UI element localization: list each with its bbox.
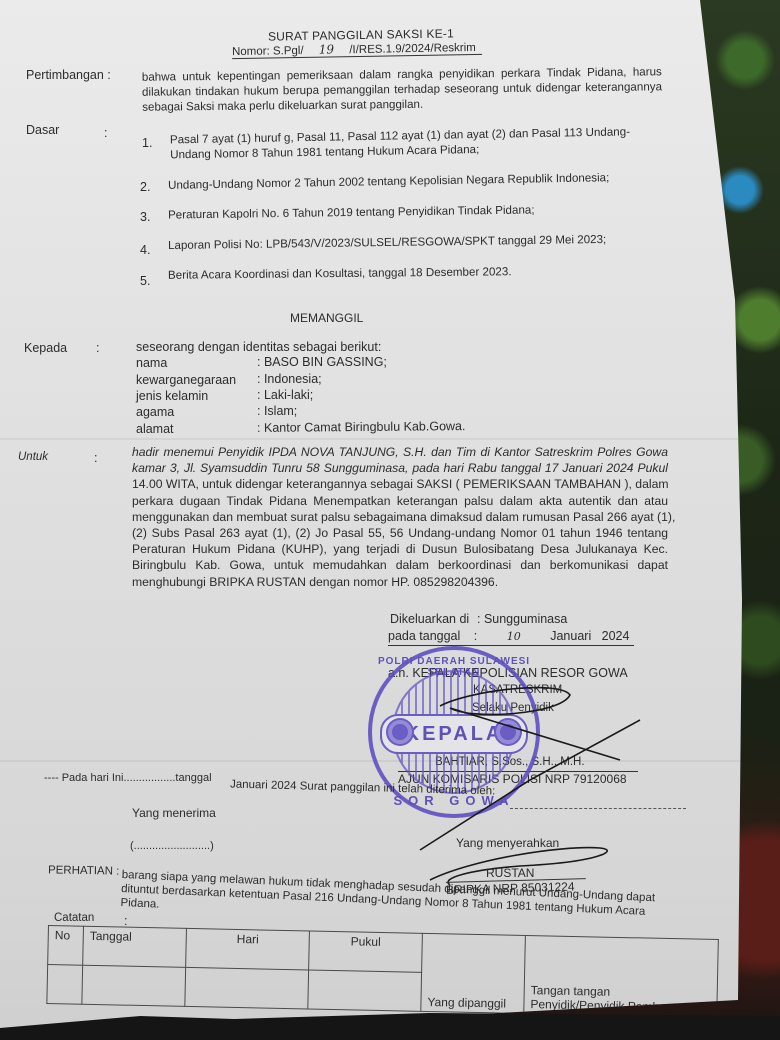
cell-tanggal <box>82 965 186 1006</box>
summons-letter: SURAT PANGGILAN SAKSI KE-1 Nomor: S.Pgl/… <box>0 0 780 1040</box>
cell-pukul <box>308 970 422 1011</box>
receiver-blank: (.........................) <box>130 840 214 852</box>
receiver-label: Yang menerima <box>132 806 216 820</box>
col-hari: Hari <box>186 928 310 970</box>
catatan-table: No Tanggal Hari Pukul Yang dipanggil Tan… <box>46 925 719 1018</box>
col-pukul: Pukul <box>309 931 423 972</box>
giver-name: RUSTAN <box>486 866 534 880</box>
catatan-label: Catatan <box>54 912 94 924</box>
receipt-signature-line <box>510 808 686 809</box>
cell-no <box>47 965 83 1005</box>
col-tanggal: Tanggal <box>83 926 187 967</box>
penyidik-signature-icon <box>420 688 640 850</box>
col-yang-dipanggil: Yang dipanggil <box>421 933 526 1013</box>
giver-label: Yang menyerahkan <box>456 836 559 850</box>
perhatian-label: PERHATIAN : <box>48 864 120 877</box>
col-no: No <box>48 926 84 966</box>
cell-hari <box>185 967 309 1009</box>
receipt-line: ---- Pada hari Ini.................tangg… <box>44 772 212 784</box>
